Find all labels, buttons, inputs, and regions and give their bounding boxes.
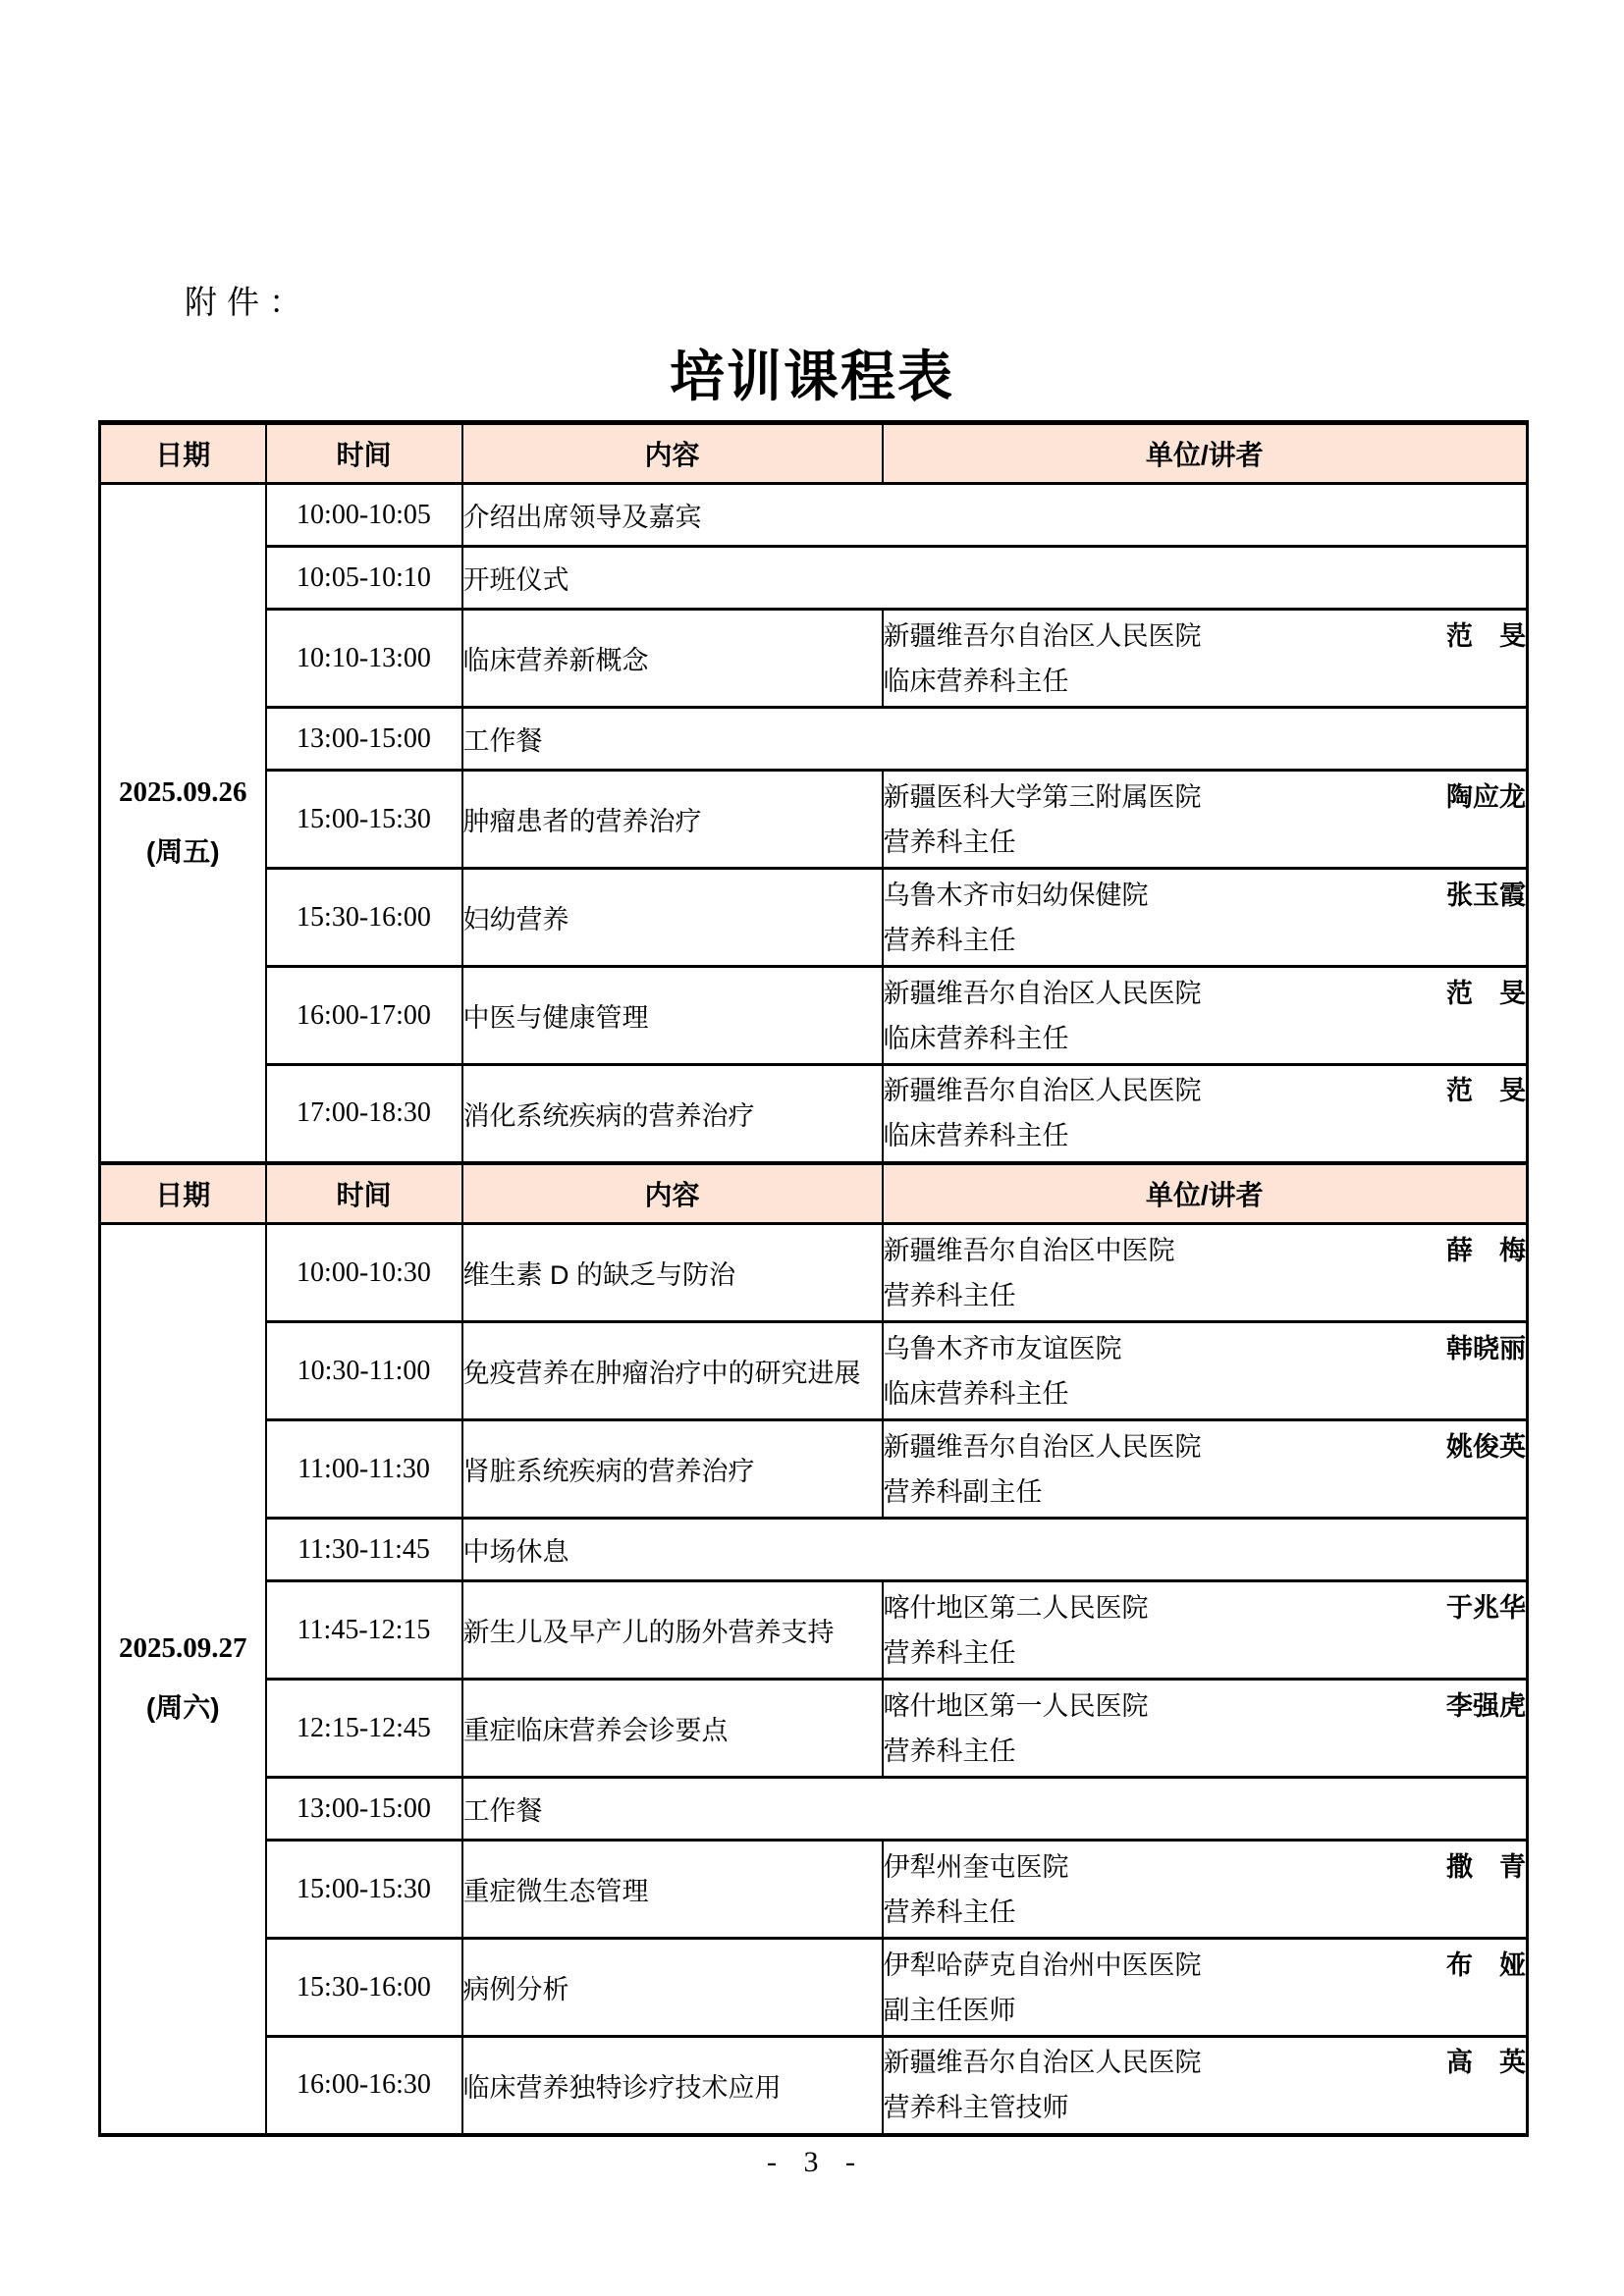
speaker-name: 陶应龙 [1446,774,1526,820]
content-cell: 重症临床营养会诊要点 [462,1680,883,1778]
time-cell: 16:00-17:00 [266,967,462,1065]
table-header-row: 日期 时间 内容 单位/讲者 [100,1163,1528,1224]
time-cell: 15:00-15:30 [266,771,462,869]
weekday-value: (周五) [101,830,265,870]
date-value: 2025.09.27 [101,1632,265,1665]
time-cell: 13:00-15:00 [266,1778,462,1841]
org-title: 临床营养科主任 [884,1371,1527,1416]
time-cell: 10:00-10:05 [266,484,462,547]
speaker-name: 李强虎 [1446,1683,1526,1729]
org-line: 新疆维吾尔自治区人民医院 范 旻 [884,614,1527,659]
org-title: 营养科主任 [884,1729,1527,1774]
content-cell: 肾脏系统疾病的营养治疗 [462,1420,883,1519]
speaker-name: 范 旻 [1446,614,1526,659]
schedule-row: 17:00-18:30 消化系统疾病的营养治疗 新疆维吾尔自治区人民医院 范 旻… [100,1065,1528,1163]
org-line: 新疆维吾尔自治区人民医院 范 旻 [884,971,1527,1016]
org-title: 营养科主任 [884,918,1527,963]
speaker-name: 撒 青 [1446,1844,1526,1890]
org-cell: 新疆维吾尔自治区中医院 薛 梅 营养科主任 [883,1224,1528,1322]
time-cell: 10:10-13:00 [266,610,462,708]
header-cell-content: 内容 [462,1163,883,1224]
org-name: 乌鲁木齐市妇幼保健院 [884,873,1149,918]
schedule-row: 10:30-11:00 免疫营养在肿瘤治疗中的研究进展 乌鲁木齐市友谊医院 韩晓… [100,1322,1528,1420]
content-cell: 临床营养新概念 [462,610,883,708]
org-line: 伊犁哈萨克自治州中医医院 布 娅 [884,1943,1527,1988]
schedule-row: 11:00-11:30 肾脏系统疾病的营养治疗 新疆维吾尔自治区人民医院 姚俊英… [100,1420,1528,1519]
org-line: 新疆医科大学第三附属医院 陶应龙 [884,774,1527,820]
document-page: 附件： 培训课程表 日期 时间 内容 单位/讲者 2025.09.26 (周五)… [0,0,1624,2296]
speaker-name: 薛 梅 [1446,1228,1526,1273]
org-line: 伊犁州奎屯医院 撒 青 [884,1844,1527,1890]
time-cell: 16:00-16:30 [266,2037,462,2135]
org-title: 临床营养科主任 [884,1016,1527,1061]
time-cell: 12:15-12:45 [266,1680,462,1778]
org-line: 新疆维吾尔自治区中医院 薛 梅 [884,1228,1527,1273]
org-name: 新疆医科大学第三附属医院 [884,774,1202,820]
org-cell: 新疆维吾尔自治区人民医院 范 旻 临床营养科主任 [883,967,1528,1065]
weekday-value: (周六) [101,1686,265,1726]
header-cell-time: 时间 [266,423,462,484]
time-cell: 10:00-10:30 [266,1224,462,1322]
org-title: 临床营养科主任 [884,1113,1527,1158]
content-cell: 维生素 D 的缺乏与防治 [462,1224,883,1322]
org-title: 营养科副主任 [884,1469,1527,1515]
content-cell: 消化系统疾病的营养治疗 [462,1065,883,1163]
time-cell: 10:30-11:00 [266,1322,462,1420]
org-cell: 新疆维吾尔自治区人民医院 姚俊英 营养科副主任 [883,1420,1528,1519]
schedule-row: 16:00-16:30 临床营养独特诊疗技术应用 新疆维吾尔自治区人民医院 高 … [100,2037,1528,2135]
org-cell: 伊犁哈萨克自治州中医医院 布 娅 副主任医师 [883,1939,1528,2037]
org-name: 乌鲁木齐市友谊医院 [884,1326,1122,1371]
org-line: 喀什地区第一人民医院 李强虎 [884,1683,1527,1729]
org-name: 伊犁哈萨克自治州中医医院 [884,1943,1202,1988]
attachment-label: 附件： [185,277,311,323]
time-cell: 15:00-15:30 [266,1841,462,1939]
header-cell-date: 日期 [100,1163,266,1224]
content-cell: 新生儿及早产儿的肠外营养支持 [462,1581,883,1680]
table-header-row: 日期 时间 内容 单位/讲者 [100,423,1528,484]
org-name: 新疆维吾尔自治区人民医院 [884,1424,1202,1469]
org-cell: 新疆维吾尔自治区人民医院 范 旻 临床营养科主任 [883,610,1528,708]
speaker-name: 布 娅 [1446,1943,1526,1988]
date-value: 2025.09.26 [101,776,265,809]
speaker-name: 于兆华 [1446,1585,1526,1630]
org-cell: 新疆维吾尔自治区人民医院 范 旻 临床营养科主任 [883,1065,1528,1163]
org-title: 临床营养科主任 [884,659,1527,704]
org-name: 喀什地区第一人民医院 [884,1683,1149,1729]
schedule-row: 12:15-12:45 重症临床营养会诊要点 喀什地区第一人民医院 李强虎 营养… [100,1680,1528,1778]
content-cell: 介绍出席领导及嘉宾 [462,484,1528,547]
speaker-name: 范 旻 [1446,1068,1526,1113]
schedule-row: 10:05-10:10 开班仪式 [100,547,1528,610]
org-name: 新疆维吾尔自治区人民医院 [884,1068,1202,1113]
header-cell-content: 内容 [462,423,883,484]
content-cell: 免疫营养在肿瘤治疗中的研究进展 [462,1322,883,1420]
header-cell-unit-speaker: 单位/讲者 [883,1163,1528,1224]
time-cell: 11:45-12:15 [266,1581,462,1680]
org-line: 新疆维吾尔自治区人民医院 姚俊英 [884,1424,1527,1469]
content-cell: 病例分析 [462,1939,883,2037]
page-number: - 3 - [0,2146,1624,2179]
schedule-row: 13:00-15:00 工作餐 [100,1778,1528,1841]
org-title: 副主任医师 [884,1988,1527,2033]
schedule-row: 15:00-15:30 肿瘤患者的营养治疗 新疆医科大学第三附属医院 陶应龙 营… [100,771,1528,869]
header-cell-date: 日期 [100,423,266,484]
content-cell: 工作餐 [462,708,1528,771]
org-line: 新疆维吾尔自治区人民医院 高 英 [884,2040,1527,2085]
org-title: 营养科主管技师 [884,2085,1527,2130]
schedule-row: 15:00-15:30 重症微生态管理 伊犁州奎屯医院 撒 青 营养科主任 [100,1841,1528,1939]
schedule-row: 2025.09.27 (周六) 10:00-10:30 维生素 D 的缺乏与防治… [100,1224,1528,1322]
time-cell: 15:30-16:00 [266,869,462,967]
time-cell: 17:00-18:30 [266,1065,462,1163]
speaker-name: 高 英 [1446,2040,1526,2085]
org-name: 喀什地区第二人民医院 [884,1585,1149,1630]
org-line: 乌鲁木齐市妇幼保健院 张玉霞 [884,873,1527,918]
date-cell: 2025.09.26 (周五) [100,484,266,1163]
org-cell: 新疆医科大学第三附属医院 陶应龙 营养科主任 [883,771,1528,869]
content-cell: 开班仪式 [462,547,1528,610]
content-cell: 中医与健康管理 [462,967,883,1065]
content-cell: 工作餐 [462,1778,1528,1841]
content-cell: 肿瘤患者的营养治疗 [462,771,883,869]
org-name: 新疆维吾尔自治区人民医院 [884,614,1202,659]
org-title: 营养科主任 [884,1630,1527,1676]
content-cell: 临床营养独特诊疗技术应用 [462,2037,883,2135]
speaker-name: 张玉霞 [1446,873,1526,918]
time-cell: 13:00-15:00 [266,708,462,771]
time-cell: 10:05-10:10 [266,547,462,610]
speaker-name: 范 旻 [1446,971,1526,1016]
org-line: 乌鲁木齐市友谊医院 韩晓丽 [884,1326,1527,1371]
org-name: 新疆维吾尔自治区人民医院 [884,971,1202,1016]
schedule-row: 11:45-12:15 新生儿及早产儿的肠外营养支持 喀什地区第二人民医院 于兆… [100,1581,1528,1680]
time-cell: 11:00-11:30 [266,1420,462,1519]
content-cell: 中场休息 [462,1519,1528,1581]
schedule-row: 13:00-15:00 工作餐 [100,708,1528,771]
schedule-row: 10:10-13:00 临床营养新概念 新疆维吾尔自治区人民医院 范 旻 临床营… [100,610,1528,708]
org-cell: 喀什地区第二人民医院 于兆华 营养科主任 [883,1581,1528,1680]
schedule-row: 16:00-17:00 中医与健康管理 新疆维吾尔自治区人民医院 范 旻 临床营… [100,967,1528,1065]
speaker-name: 姚俊英 [1446,1424,1526,1469]
org-line: 新疆维吾尔自治区人民医院 范 旻 [884,1068,1527,1113]
speaker-name: 韩晓丽 [1446,1326,1526,1371]
org-cell: 乌鲁木齐市妇幼保健院 张玉霞 营养科主任 [883,869,1528,967]
schedule-row: 15:30-16:00 病例分析 伊犁哈萨克自治州中医医院 布 娅 副主任医师 [100,1939,1528,2037]
org-title: 营养科主任 [884,1273,1527,1318]
org-cell: 伊犁州奎屯医院 撒 青 营养科主任 [883,1841,1528,1939]
time-cell: 11:30-11:45 [266,1519,462,1581]
date-cell: 2025.09.27 (周六) [100,1224,266,2135]
schedule-row: 11:30-11:45 中场休息 [100,1519,1528,1581]
schedule-row: 2025.09.26 (周五) 10:00-10:05 介绍出席领导及嘉宾 [100,484,1528,547]
org-title: 营养科主任 [884,1890,1527,1935]
org-name: 伊犁州奎屯医院 [884,1844,1069,1890]
schedule-row: 15:30-16:00 妇幼营养 乌鲁木齐市妇幼保健院 张玉霞 营养科主任 [100,869,1528,967]
schedule-table: 日期 时间 内容 单位/讲者 2025.09.26 (周五) 10:00-10:… [98,420,1529,2137]
time-cell: 15:30-16:00 [266,1939,462,2037]
org-cell: 乌鲁木齐市友谊医院 韩晓丽 临床营养科主任 [883,1322,1528,1420]
org-cell: 新疆维吾尔自治区人民医院 高 英 营养科主管技师 [883,2037,1528,2135]
org-name: 新疆维吾尔自治区中医院 [884,1228,1175,1273]
page-title: 培训课程表 [0,334,1624,412]
header-cell-unit-speaker: 单位/讲者 [883,423,1528,484]
content-cell: 重症微生态管理 [462,1841,883,1939]
org-cell: 喀什地区第一人民医院 李强虎 营养科主任 [883,1680,1528,1778]
org-line: 喀什地区第二人民医院 于兆华 [884,1585,1527,1630]
org-title: 营养科主任 [884,820,1527,865]
header-cell-time: 时间 [266,1163,462,1224]
content-cell: 妇幼营养 [462,869,883,967]
org-name: 新疆维吾尔自治区人民医院 [884,2040,1202,2085]
